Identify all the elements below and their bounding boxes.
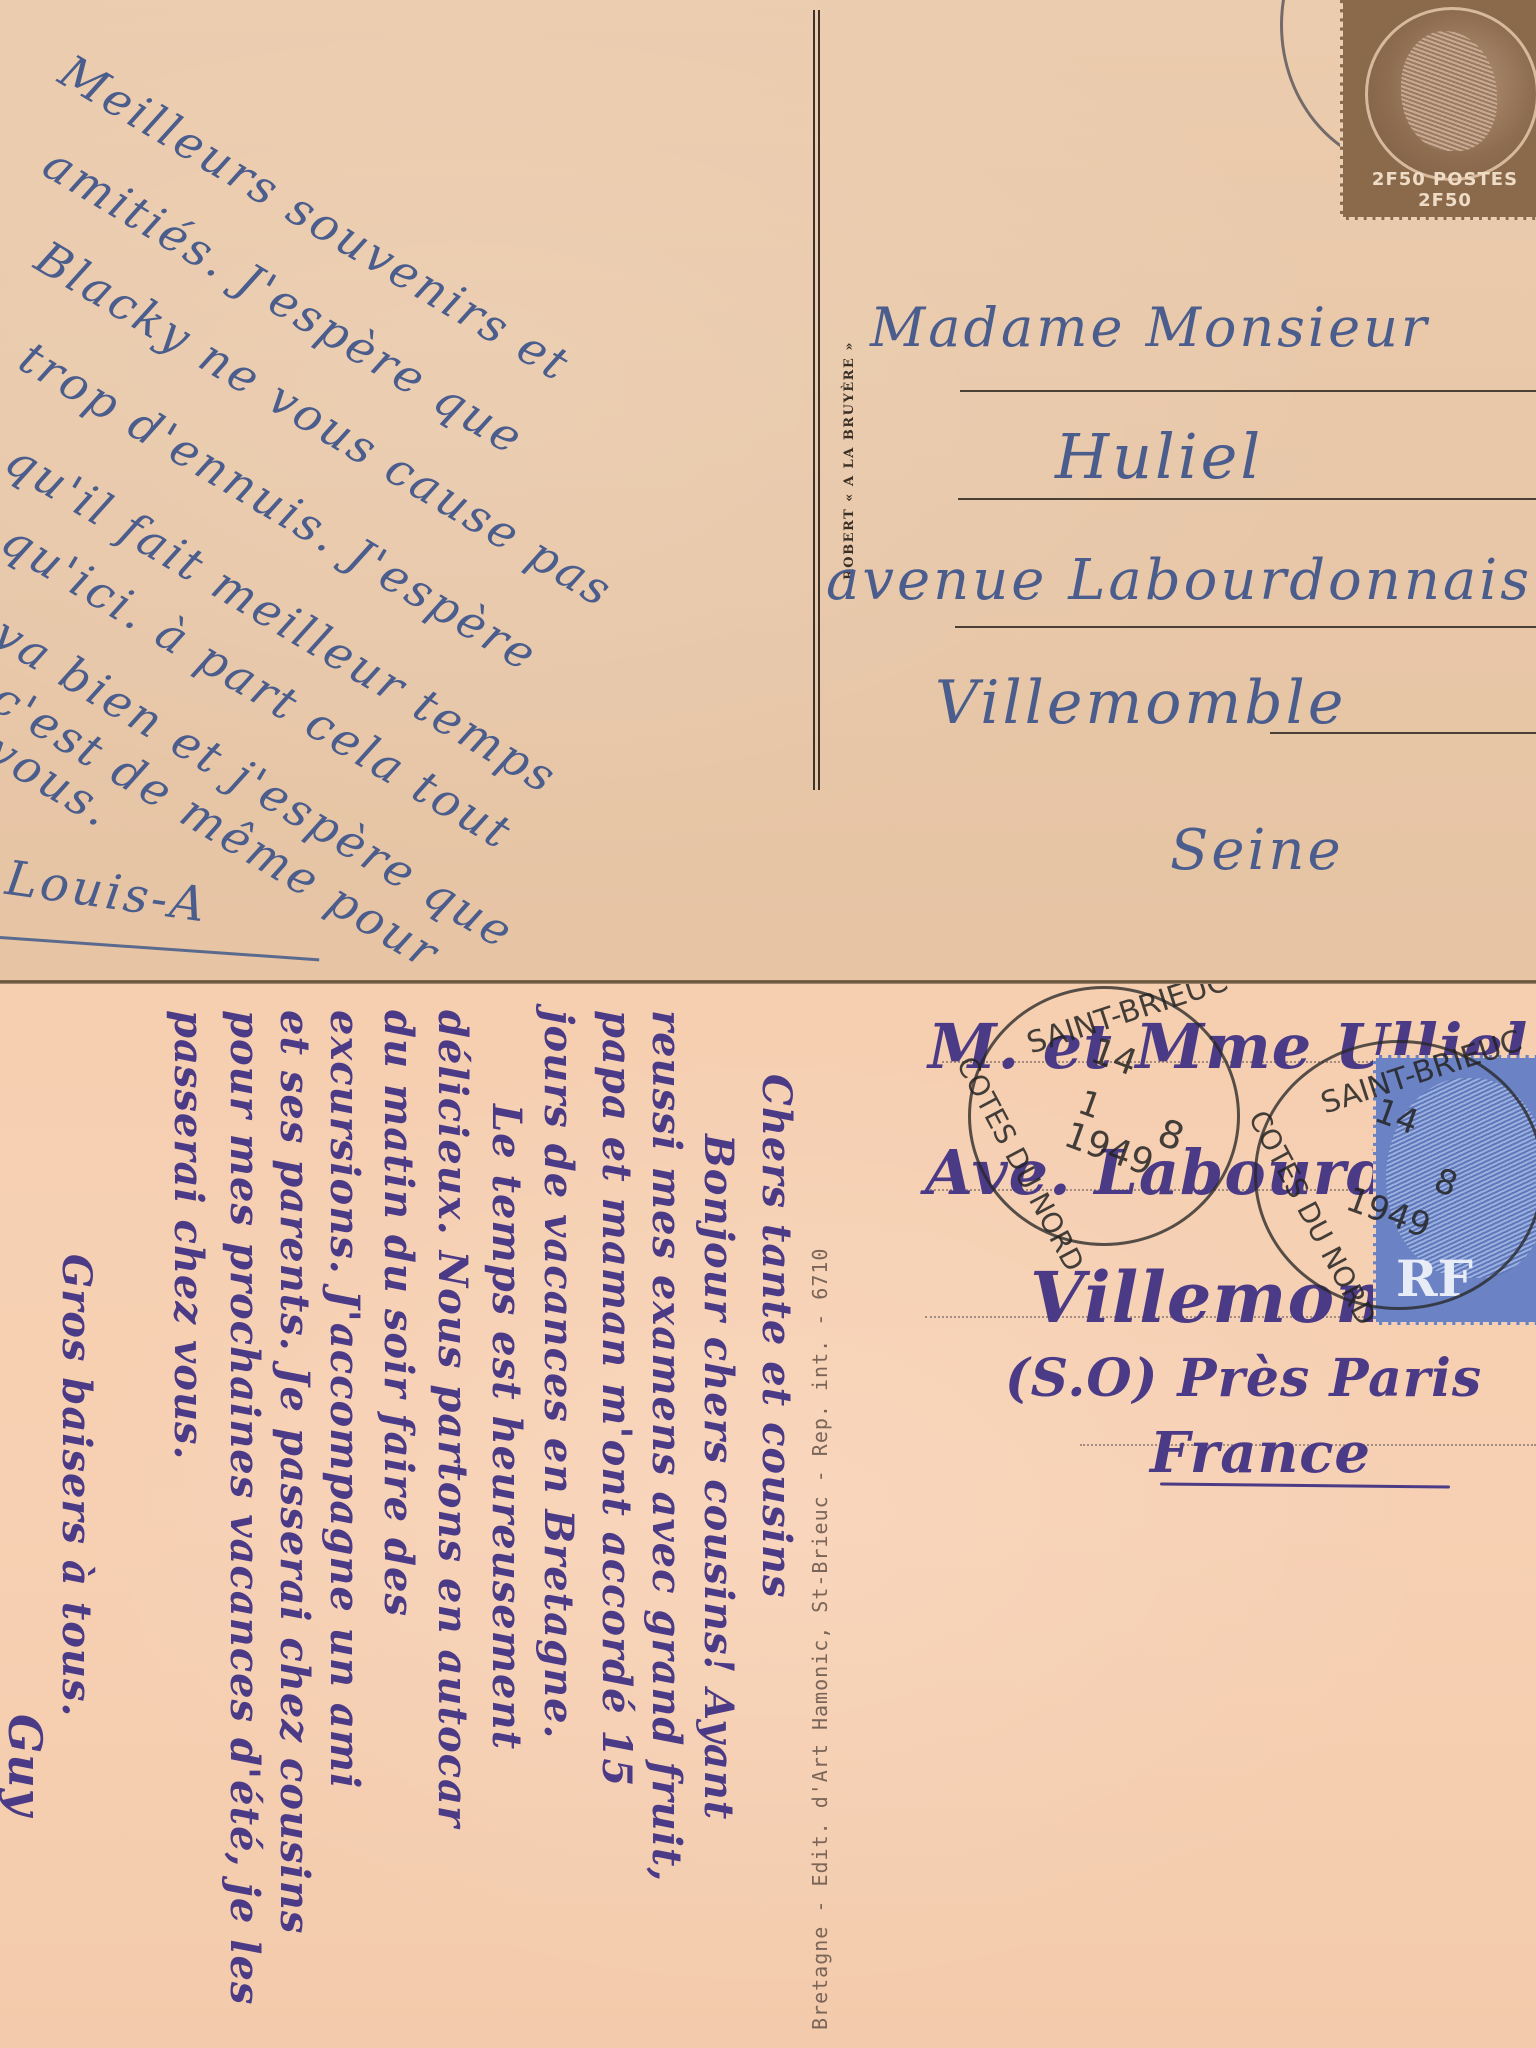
divider-line [813,10,819,790]
message-line: Chers tante et cousins [753,1074,800,1599]
message-line: passerai chez vous. [165,1010,212,1460]
stamp-value: 2F50 POSTES 2F50 [1347,169,1536,211]
message-line: du matin du soir faire des [375,1010,422,1617]
message-line: Le temps est heureusement [483,1104,530,1750]
message-line: Bonjour chers cousins! Ayant [695,1134,742,1820]
postcard-top: Meilleurs souvenirs et amitiés. J'espère… [0,0,1536,980]
signature: Louis-A [2,850,211,934]
address-line-1: Madame Monsieur [870,296,1430,359]
postage-stamp-brown: 2F50 POSTES 2F50 [1340,0,1536,220]
address-line-3: avenue Labourdonnais [826,548,1532,613]
message-line: c'est de même pour [0,670,449,980]
address-line-5: Seine [1170,818,1344,883]
signature: Guy [0,1714,52,1816]
address-rule [960,390,1536,392]
signature-underline [0,936,319,961]
address-line-5: France [1150,1420,1371,1486]
publisher-imprint: Bretagne - Edit. d'Art Hamonic, St-Brieu… [808,1248,832,2030]
postmark: SAINT-BRIEUC COTES DU NORD 14 1 8 1949 [968,986,1240,1246]
top-card-message: Meilleurs souvenirs et amitiés. J'espère… [0,0,800,980]
address-underline [1160,1482,1450,1488]
publisher-imprint: ROBERT « A LA BRUYÈRE » [842,341,857,580]
message-line: jours de vacances en Bretagne. [535,1010,582,1739]
message-line: délicieux. Nous partons en autocar [429,1010,476,1828]
address-line-4: Villemomble [935,668,1346,738]
postmark-month: 8 [1152,1110,1190,1160]
postmark-year: 1949 [1059,1115,1159,1185]
postcard-bottom: Chers tante et cousins Bonjour chers cou… [0,984,1536,2048]
address-line-4: (S.O) Près Paris [1005,1348,1482,1409]
message-line: excursions. J'accompagne un ami [321,1010,368,1789]
address-line-2: Huliel [1055,420,1263,493]
message-line: papa et maman m'ont accordé 15 [593,1010,640,1787]
message-line: reussi mes examens avec grand fruit, [643,1010,690,1882]
message-line: pour mes prochaines vacances d'été, je l… [221,1010,268,2005]
postmark-year: 1949 [1341,1179,1436,1246]
message-line: Gros baisers à tous. [53,1254,100,1717]
address-rule [958,498,1536,500]
postmark-month: 8 [1429,1161,1463,1206]
address-rule [955,626,1536,628]
postmark: SAINT-BRIEUC COTES DU NORD 14 8 1949 [1254,1040,1536,1310]
message-line: et ses parents. Je passerai chez cousins [271,1010,318,1934]
